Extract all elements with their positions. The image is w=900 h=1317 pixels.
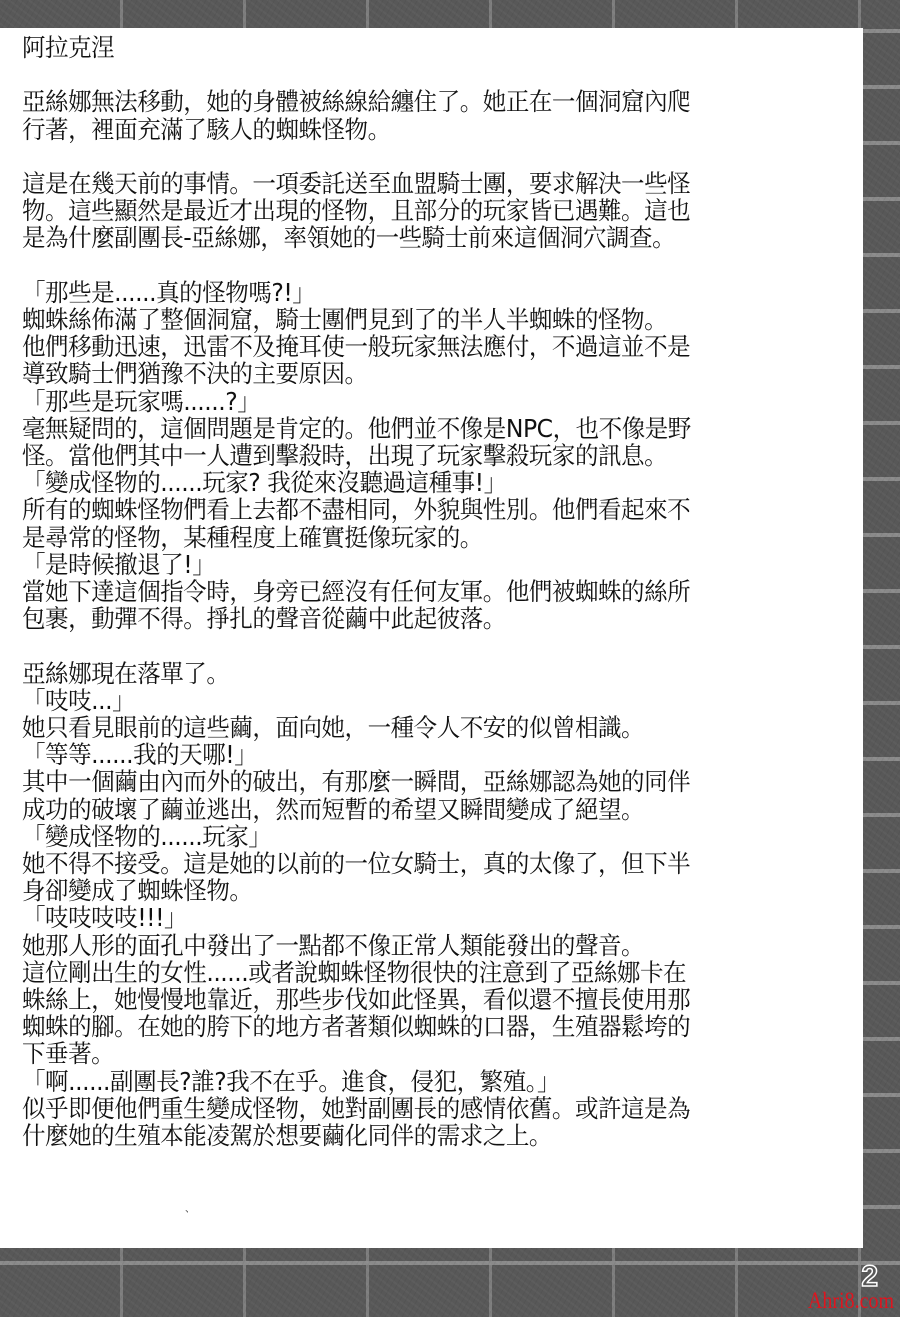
- paragraph: 亞絲娜現在落單了。 「吱吱...」 她只看見眼前的這些繭，面向她，一種令人不安的…: [22, 660, 809, 1150]
- text-line: 成功的破壞了繭並逃出，然而短暫的希望又瞬間變成了絕望。: [22, 796, 809, 823]
- text-page: 阿拉克涅 亞絲娜無法移動，她的身體被絲線給纏住了。她正在一個洞窟內爬 行著，裡面…: [0, 28, 863, 1248]
- paragraph-gap: [22, 61, 809, 88]
- dialogue-line: 「啊......副團長?誰?我不在乎。進食，侵犯，繁殖。」: [22, 1068, 809, 1095]
- paragraph: 「那些是......真的怪物嗎?!」 蜘蛛絲佈滿了整個洞窟，騎士團們見到了的半人…: [22, 279, 809, 633]
- text-line: 蛛絲上，她慢慢地靠近，那些步伐如此怪異，看似還不擅長使用那: [22, 986, 809, 1013]
- text-line: 怪。當他們其中一人遭到擊殺時，出現了玩家擊殺玩家的訊息。: [22, 442, 809, 469]
- text-line: 包裹，動彈不得。掙扎的聲音從繭中此起彼落。: [22, 605, 809, 632]
- dialogue-line: 「那些是......真的怪物嗎?!」: [22, 279, 809, 306]
- paragraph: 這是在幾天前的事情。一項委託送至血盟騎士團，要求解決一些怪 物。這些顯然是最近才…: [22, 170, 809, 252]
- text-line: 他們移動迅速，迅雷不及掩耳使一般玩家無法應付，不過這並不是: [22, 333, 809, 360]
- text-line: 毫無疑問的，這個問題是肯定的。他們並不像是NPC，也不像是野: [22, 415, 809, 442]
- text-line: 導致騎士們猶豫不決的主要原因。: [22, 360, 809, 387]
- stray-mark: 、: [185, 1205, 189, 1209]
- dialogue-line: 「吱吱吱吱!!!」: [22, 904, 809, 931]
- text-line: 身卻變成了蜘蛛怪物。: [22, 877, 809, 904]
- text-line: 這位剛出生的女性......或者說蜘蛛怪物很快的注意到了亞絲娜卡在: [22, 959, 809, 986]
- text-line: 當她下達這個指令時，身旁已經沒有任何友軍。他們被蜘蛛的絲所: [22, 578, 809, 605]
- dialogue-line: 「是時候撤退了!」: [22, 551, 809, 578]
- text-line: 什麼她的生殖本能凌駕於想要繭化同伴的需求之上。: [22, 1122, 809, 1149]
- dialogue-line: 「吱吱...」: [22, 687, 809, 714]
- text-line: 行著，裡面充滿了駭人的蜘蛛怪物。: [22, 116, 809, 143]
- dialogue-line: 「那些是玩家嗎......?」: [22, 388, 809, 415]
- text-line: 這是在幾天前的事情。一項委託送至血盟騎士團，要求解決一些怪: [22, 170, 809, 197]
- dialogue-line: 「變成怪物的......玩家? 我從來沒聽過這種事!」: [22, 469, 809, 496]
- text-line: 蜘蛛絲佈滿了整個洞窟，騎士團們見到了的半人半蜘蛛的怪物。: [22, 306, 809, 333]
- dialogue-line: 「等等......我的天哪!」: [22, 741, 809, 768]
- text-line: 似乎即便他們重生變成怪物，她對副團長的感情依舊。或許這是為: [22, 1095, 809, 1122]
- text-line: 亞絲娜現在落單了。: [22, 660, 809, 687]
- text-line: 下垂著。: [22, 1040, 809, 1067]
- text-line: 亞絲娜無法移動，她的身體被絲線給纏住了。她正在一個洞窟內爬: [22, 88, 809, 115]
- text-line: 她只看見眼前的這些繭，面向她，一種令人不安的似曾相識。: [22, 714, 809, 741]
- paragraph: 亞絲娜無法移動，她的身體被絲線給纏住了。她正在一個洞窟內爬 行著，裡面充滿了駭人…: [22, 88, 809, 142]
- paragraph-gap: [22, 143, 809, 170]
- text-line: 所有的蜘蛛怪物們看上去都不盡相同，外貌與性別。他們看起來不: [22, 496, 809, 523]
- paragraph-gap: [22, 632, 809, 659]
- text-line: 她不得不接受。這是她的以前的一位女騎士，真的太像了，但下半: [22, 850, 809, 877]
- text-line: 是為什麼副團長-亞絲娜，率領她的一些騎士前來這個洞穴調查。: [22, 224, 809, 251]
- watermark: Ahri8.com: [808, 1288, 894, 1313]
- text-line: 是尋常的怪物，某種程度上確實挺像玩家的。: [22, 524, 809, 551]
- text-line: 其中一個繭由內而外的破出，有那麼一瞬間，亞絲娜認為她的同伴: [22, 768, 809, 795]
- document-title: 阿拉克涅: [22, 34, 809, 61]
- text-line: 她那人形的面孔中發出了一點都不像正常人類能發出的聲音。: [22, 932, 809, 959]
- dialogue-line: 「變成怪物的......玩家」: [22, 823, 809, 850]
- document-body: 阿拉克涅 亞絲娜無法移動，她的身體被絲線給纏住了。她正在一個洞窟內爬 行著，裡面…: [22, 34, 809, 1149]
- text-line: 蜘蛛的腳。在她的胯下的地方者著類似蜘蛛的口器，生殖器鬆垮的: [22, 1013, 809, 1040]
- text-line: 物。這些顯然是最近才出現的怪物，且部分的玩家皆已遇難。這也: [22, 197, 809, 224]
- paragraph-gap: [22, 252, 809, 279]
